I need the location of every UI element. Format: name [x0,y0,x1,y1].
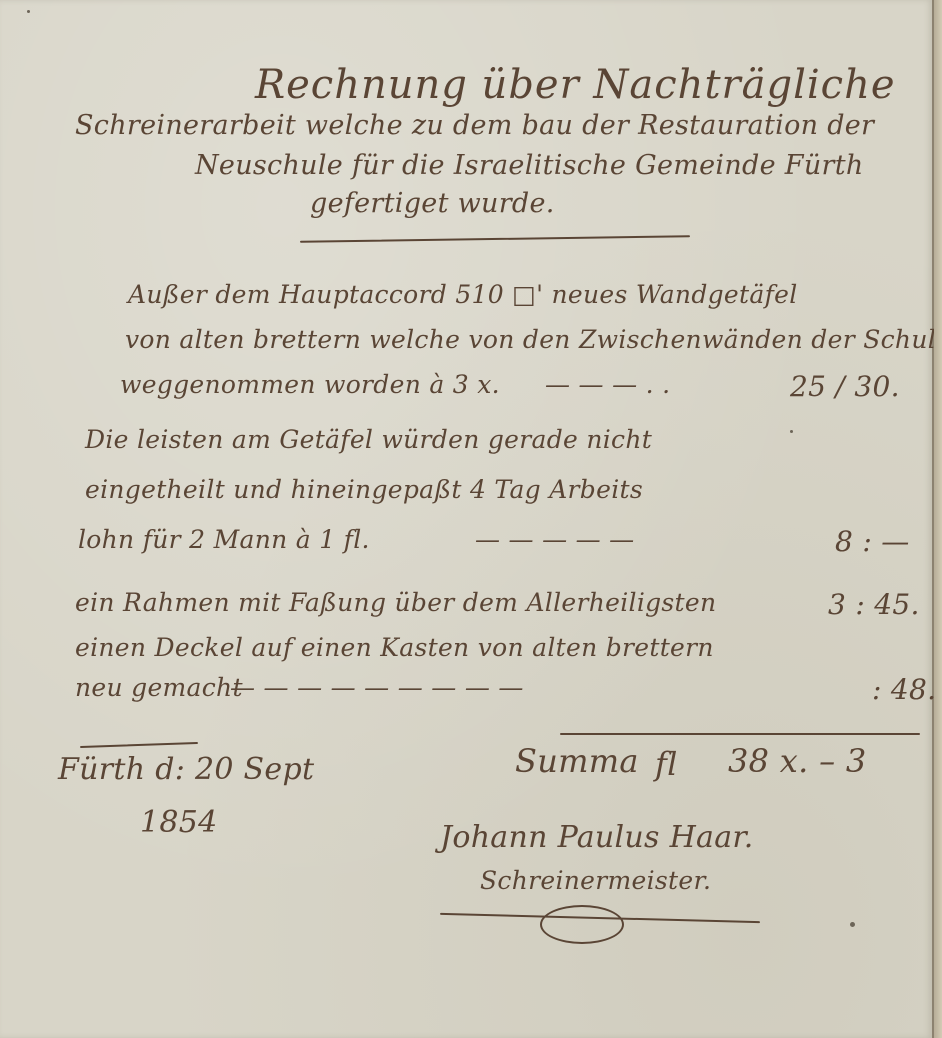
item-2-line-1: Die leisten am Getäfel würden gerade nic… [85,425,652,454]
item-2-leader: — — — — — [475,525,635,554]
heading-line-1: Schreinerarbeit welche zu dem bau der Re… [75,110,874,141]
item-1-leader: — — — . . [545,370,670,399]
item-4-amount: : 48. [872,673,936,706]
item-4-line-1: einen Deckel auf einen Kasten von alten … [75,633,714,662]
item-2-line-3: lohn für 2 Mann à 1 fl. [78,525,370,554]
item-4-leader: — — — — — — — — — [230,673,524,702]
date-overline [80,742,198,748]
paper-speck [27,10,30,13]
total-currency: fl [655,745,678,783]
signature-name: Johann Paulus Haar. [440,820,754,855]
heading-underline [300,235,690,242]
item-1-line-3: weggenommen worden à 3 x. [120,370,500,399]
signature-title: Schreinermeister. [480,866,711,895]
invoice-title: Rechnung über Nachträgliche [255,62,896,108]
total-value: 38 x. – 3 [728,742,867,780]
item-1-line-1: Außer dem Hauptaccord 510 □' neues Wandg… [128,280,798,309]
item-3-line-1: ein Rahmen mit Faßung über dem Allerheil… [75,588,716,617]
heading-line-2: Neuschule für die Israelitische Gemeinde… [195,150,864,181]
total-rule [560,733,920,735]
paper-speck [790,430,793,433]
item-3-amount: 3 : 45. [828,588,920,621]
item-1-amount: 25 / 30. [790,370,900,403]
item-2-line-2: eingetheilt und hineingepaßt 4 Tag Arbei… [85,475,643,504]
item-1-line-2: von alten brettern welche von den Zwisch… [125,325,942,354]
item-2-amount: 8 : — [835,525,910,558]
paper-edge [934,0,942,1038]
signature-flourish-loop [540,905,624,944]
total-label: Summa [515,742,639,780]
heading-line-3: gefertiget wurde. [310,188,555,219]
document-page: Rechnung über Nachträgliche Schreinerarb… [0,0,934,1038]
place-date-line-1: Fürth d: 20 Sept [58,752,314,787]
place-date-line-2: 1854 [140,805,218,840]
paper-speck [850,922,855,927]
item-4-line-2: neu gemacht [75,673,243,702]
